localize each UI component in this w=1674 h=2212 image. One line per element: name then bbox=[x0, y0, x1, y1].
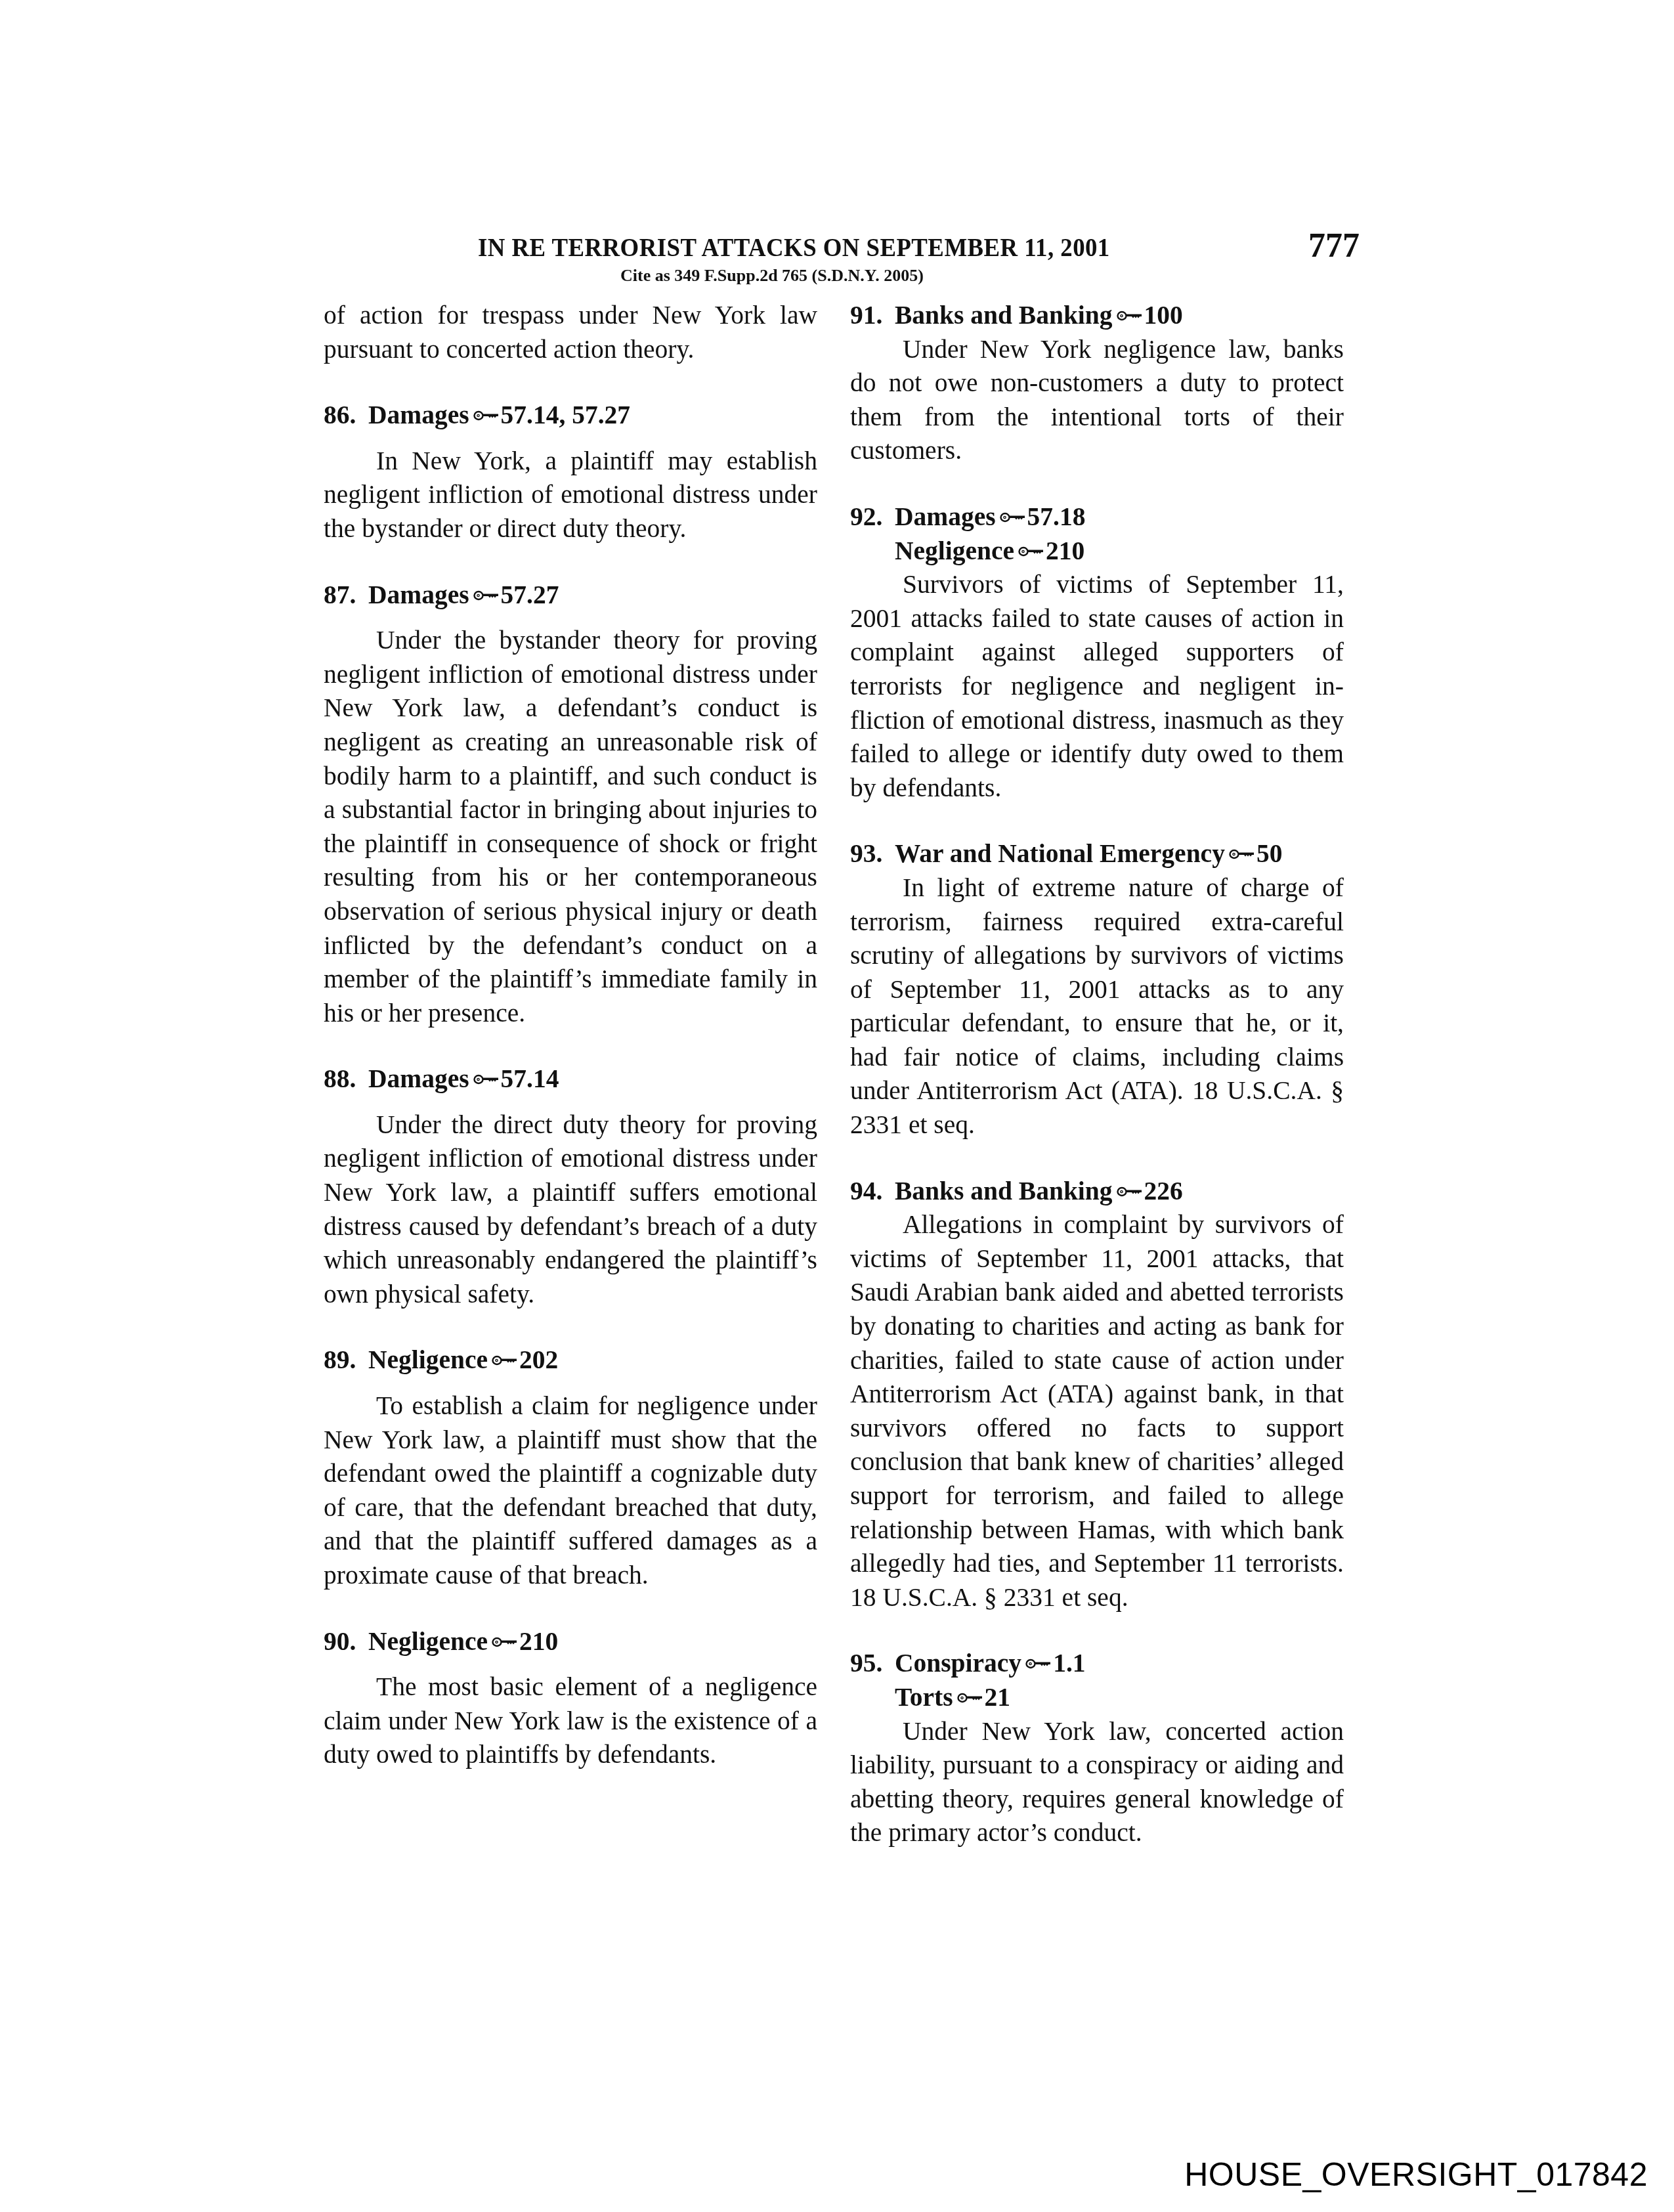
bates-number: HOUSE_OVERSIGHT_017842 bbox=[1184, 2156, 1648, 2194]
continuation-text: of action for trespass under New York la… bbox=[324, 299, 817, 366]
headnote-number: 88. bbox=[324, 1062, 368, 1096]
headnote-topic: Banks and Banking bbox=[895, 301, 1113, 330]
right-column: 91.Banks and Banking100 Under New York n… bbox=[850, 299, 1344, 1850]
headnote-number: 90. bbox=[324, 1625, 368, 1659]
key-number: 1.1 bbox=[1053, 1649, 1085, 1678]
key-number-icon bbox=[1229, 847, 1255, 861]
headnote-92: 92.Damages57.18 Negligence210 Survivors … bbox=[850, 500, 1344, 805]
headnote-topic: Damages bbox=[368, 1064, 469, 1093]
key-number-icon bbox=[1018, 544, 1044, 559]
headnote-heading: 95.Conspiracy1.1 bbox=[850, 1647, 1344, 1681]
headnote-subheading: Negligence210 bbox=[850, 534, 1344, 569]
headnote-subheading: Torts21 bbox=[850, 1681, 1344, 1715]
headnote-heading: 91.Banks and Banking100 bbox=[850, 299, 1344, 333]
headnote-number: 91. bbox=[850, 299, 895, 333]
key-number: 50 bbox=[1256, 839, 1283, 868]
headnote-text: Under the direct duty theory for proving… bbox=[324, 1108, 817, 1312]
headnote-topic: Torts bbox=[895, 1683, 953, 1712]
headnote-number: 86. bbox=[324, 399, 368, 433]
key-number-icon bbox=[957, 1691, 983, 1705]
headnote-topic: War and National Emergency bbox=[895, 839, 1225, 868]
page-number: 777 bbox=[1308, 227, 1360, 265]
headnote-text: Under New York negligence law, banks do … bbox=[850, 333, 1344, 468]
headnote-number: 92. bbox=[850, 500, 895, 534]
key-number: 100 bbox=[1144, 301, 1183, 330]
headnote-93: 93.War and National Emergency50 In light… bbox=[850, 837, 1344, 1142]
headnote-88: 88.Damages57.14 Under the direct duty th… bbox=[324, 1062, 817, 1311]
headnote-heading: 88.Damages57.14 bbox=[324, 1062, 817, 1096]
headnote-95: 95.Conspiracy1.1 Torts21 Under New York … bbox=[850, 1647, 1344, 1850]
headnote-text: Survivors of victims of September 11, 20… bbox=[850, 568, 1344, 805]
key-number-icon bbox=[473, 588, 500, 603]
headnote-topic: Negligence bbox=[368, 1345, 488, 1374]
headnote-topic: Negligence bbox=[368, 1627, 488, 1656]
key-number: 226 bbox=[1144, 1177, 1183, 1205]
headnote-heading: 90.Negligence210 bbox=[324, 1625, 817, 1659]
headnote-topic: Banks and Banking bbox=[895, 1177, 1113, 1205]
key-number: 210 bbox=[519, 1627, 558, 1656]
headnote-heading: 86.Damages57.14, 57.27 bbox=[324, 399, 817, 433]
key-number-icon bbox=[1000, 510, 1026, 525]
headnote-topic: Negligence bbox=[895, 536, 1014, 565]
headnote-86: 86.Damages57.14, 57.27 In New York, a pl… bbox=[324, 399, 817, 546]
key-number: 57.14, 57.27 bbox=[501, 401, 631, 429]
headnote-87: 87.Damages57.27 Under the bystander theo… bbox=[324, 578, 817, 1031]
headnote-heading: 93.War and National Emergency50 bbox=[850, 837, 1344, 871]
headnote-topic: Damages bbox=[895, 502, 996, 531]
headnote-91: 91.Banks and Banking100 Under New York n… bbox=[850, 299, 1344, 468]
headnote-89: 89.Negligence202 To establish a claim fo… bbox=[324, 1343, 817, 1592]
headnote-text: In New York, a plaintiff may establish n… bbox=[324, 445, 817, 546]
headnote-text: Allegations in complaint by survivors of… bbox=[850, 1208, 1344, 1615]
headnote-topic: Damages bbox=[368, 580, 469, 609]
key-number: 57.27 bbox=[501, 580, 559, 609]
headnote-90: 90.Negligence210 The most basic element … bbox=[324, 1625, 817, 1772]
headnote-number: 93. bbox=[850, 837, 895, 871]
key-number: 202 bbox=[519, 1345, 558, 1374]
key-number-icon bbox=[473, 408, 500, 423]
headnote-number: 87. bbox=[324, 578, 368, 613]
headnote-text: To establish a claim for negligence unde… bbox=[324, 1389, 817, 1593]
key-number-icon bbox=[1025, 1657, 1052, 1671]
headnote-heading: 94.Banks and Banking226 bbox=[850, 1175, 1344, 1209]
key-number: 57.14 bbox=[501, 1064, 559, 1093]
headnote-number: 94. bbox=[850, 1175, 895, 1209]
case-title: IN RE TERRORIST ATTACKS ON SEPTEMBER 11,… bbox=[478, 232, 1130, 263]
headnote-text: The most basic element of a negli­gence … bbox=[324, 1670, 817, 1772]
key-number: 21 bbox=[985, 1683, 1011, 1712]
headnote-number: 95. bbox=[850, 1647, 895, 1681]
headnote-heading: 87.Damages57.27 bbox=[324, 578, 817, 613]
key-number-icon bbox=[492, 1635, 518, 1649]
key-number-icon bbox=[492, 1353, 518, 1368]
key-number: 57.18 bbox=[1027, 502, 1086, 531]
key-number-icon bbox=[1117, 309, 1143, 323]
headnote-text: In light of extreme nature of charge of … bbox=[850, 871, 1344, 1142]
citation-line: Cite as 349 F.Supp.2d 765 (S.D.N.Y. 2005… bbox=[620, 266, 924, 286]
key-number: 210 bbox=[1046, 536, 1084, 565]
headnote-topic: Damages bbox=[368, 401, 469, 429]
headnote-94: 94.Banks and Banking226 Allegations in c… bbox=[850, 1175, 1344, 1615]
left-column: of action for trespass under New York la… bbox=[324, 299, 817, 1772]
headnote-heading: 92.Damages57.18 bbox=[850, 500, 1344, 534]
key-number-icon bbox=[1117, 1184, 1143, 1199]
headnote-topic: Conspiracy bbox=[895, 1649, 1021, 1678]
headnote-text: Under the bystander theory for prov­ing … bbox=[324, 624, 817, 1030]
running-head: IN RE TERRORIST ATTACKS ON SEPTEMBER 11,… bbox=[0, 227, 1674, 305]
headnote-number: 89. bbox=[324, 1343, 368, 1377]
headnote-heading: 89.Negligence202 bbox=[324, 1343, 817, 1377]
headnote-text: Under New York law, concerted ac­tion li… bbox=[850, 1715, 1344, 1850]
key-number-icon bbox=[473, 1072, 500, 1087]
